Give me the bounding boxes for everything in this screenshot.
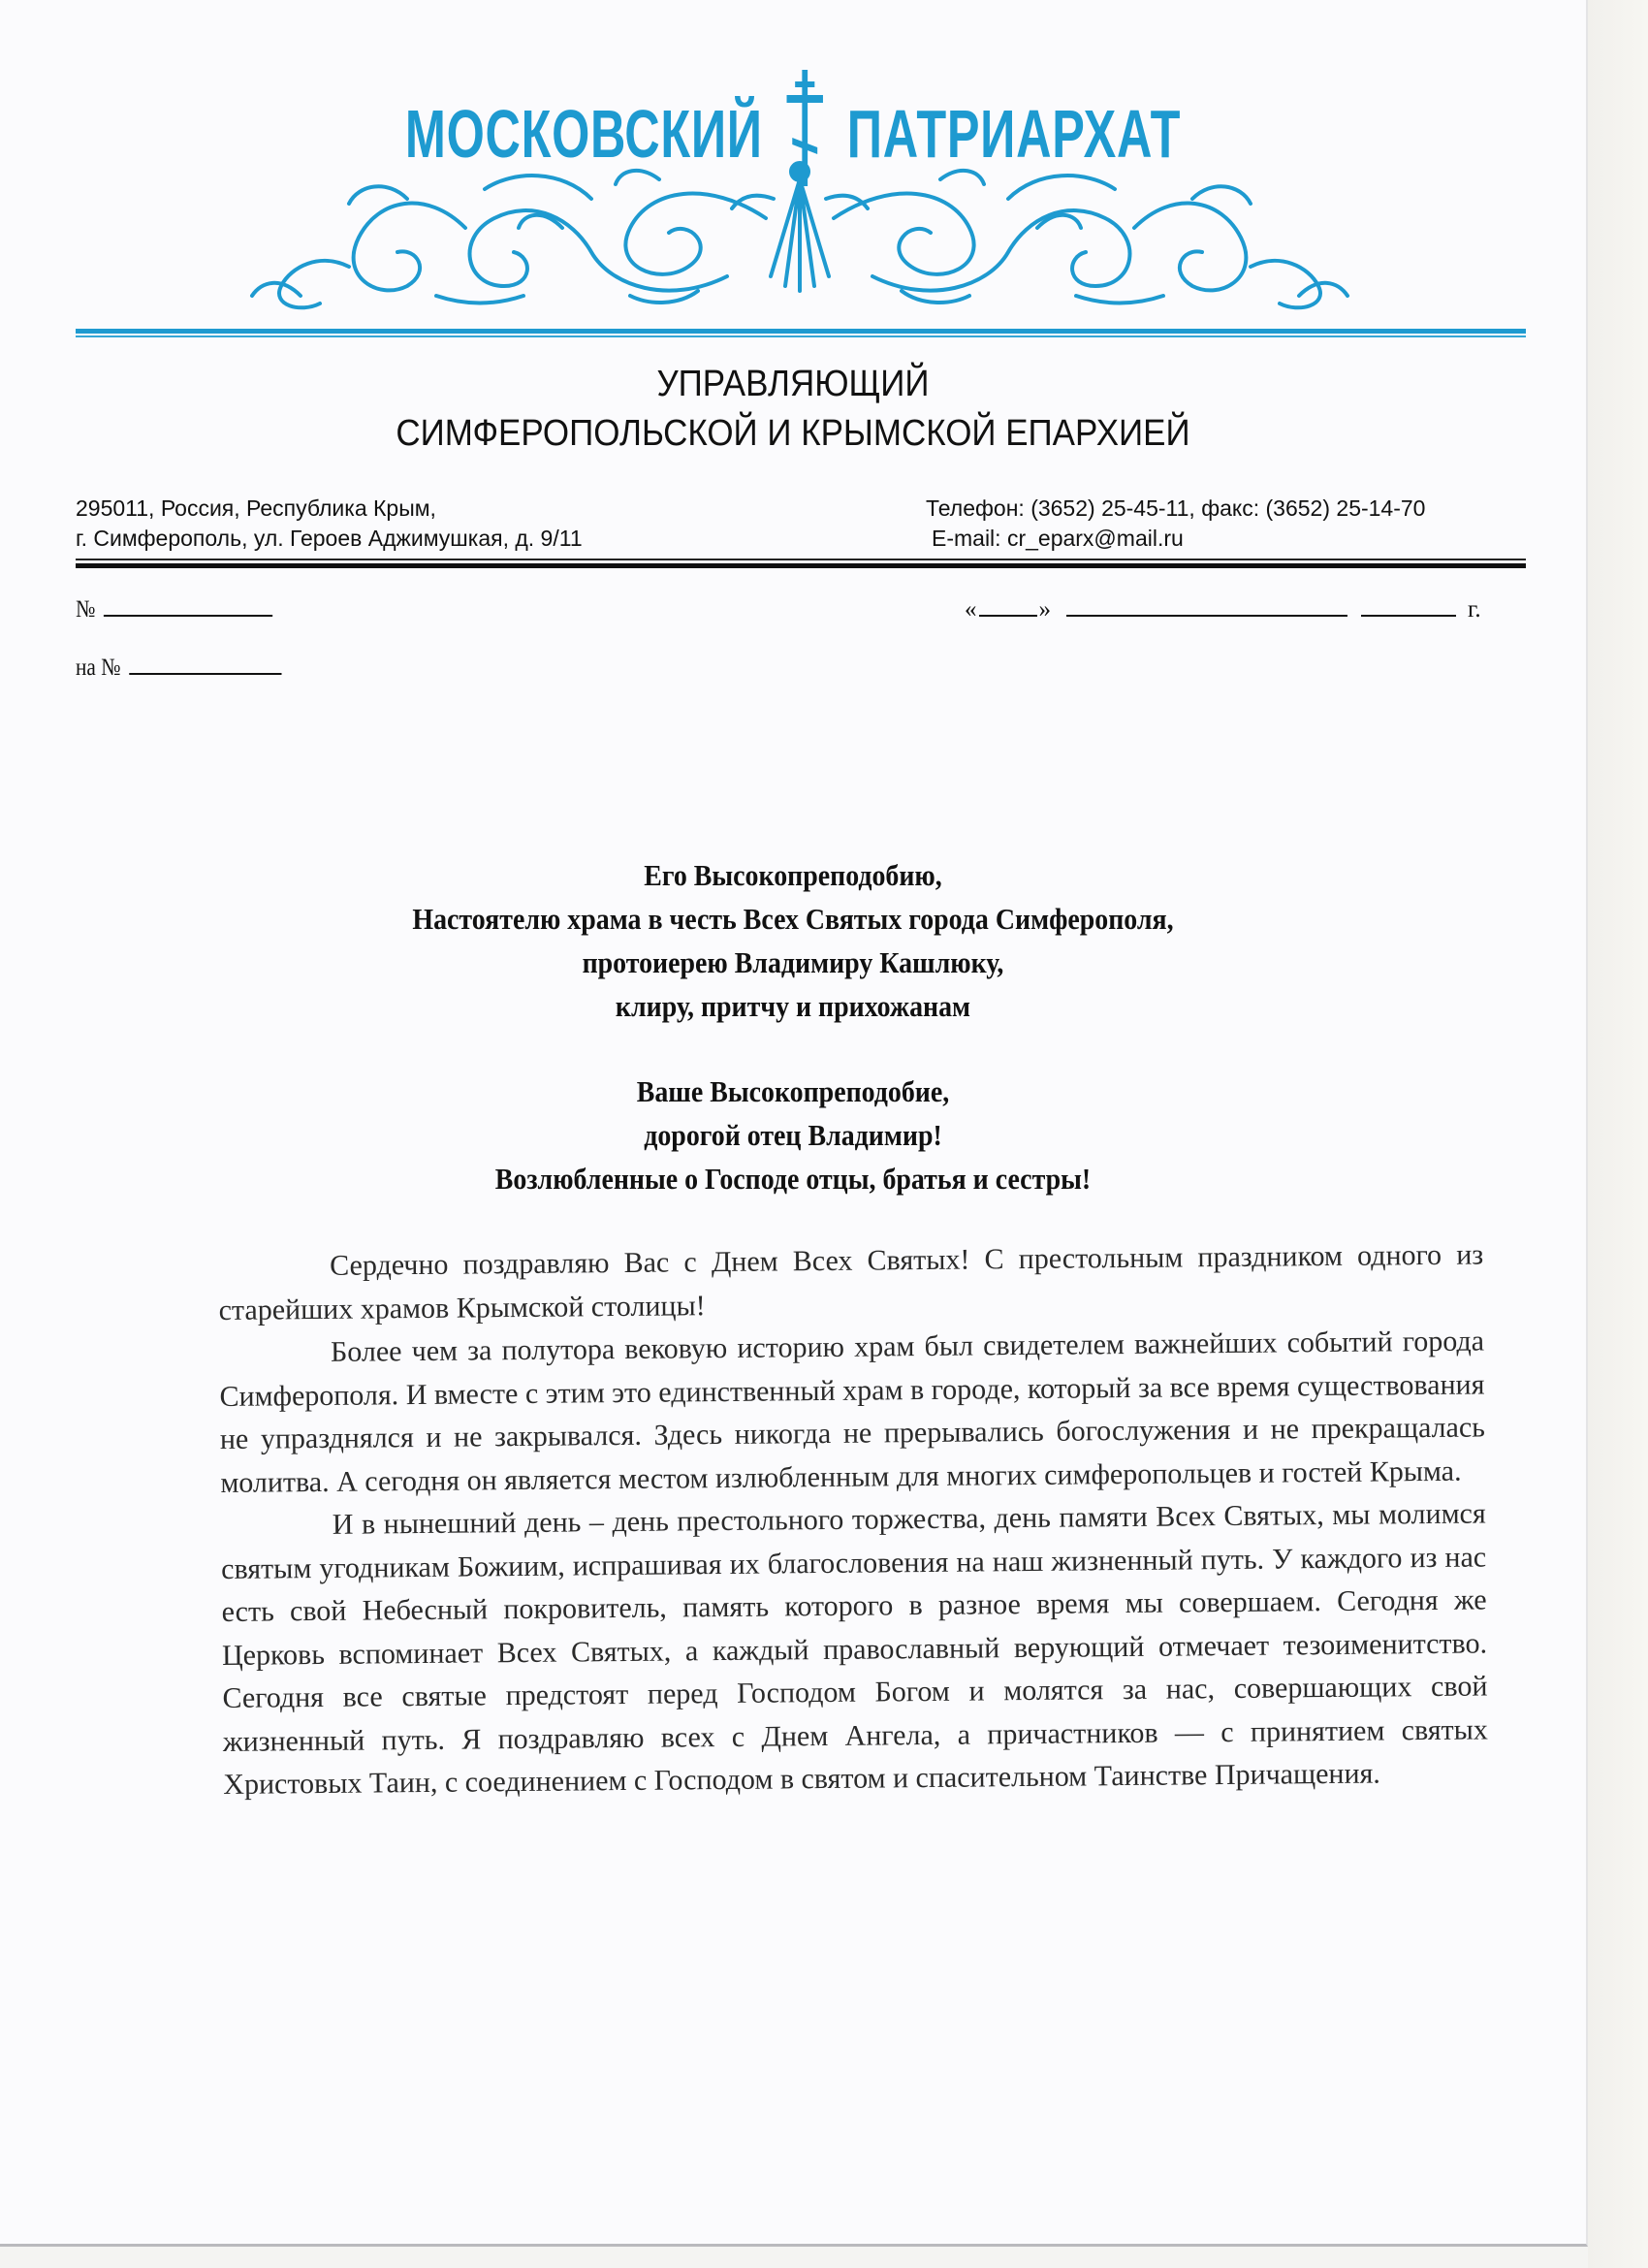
address-line-2: г. Симферополь, ул. Героев Аджимушкая, д… — [76, 524, 583, 554]
date-close-quote: » — [1039, 596, 1052, 623]
postal-address: 295011, Россия, Республика Крым, г. Симф… — [76, 494, 583, 554]
contact-info: Телефон: (3652) 25-45-11, факс: (3652) 2… — [926, 494, 1425, 554]
letter-body: Сердечно поздравляю Вас с Днем Всех Свят… — [218, 1233, 1488, 1806]
header-rule-thin — [76, 335, 1526, 337]
brand-word-left: МОСКОВСКИЙ — [405, 100, 763, 168]
reply-label: на № — [76, 655, 120, 681]
date-open-quote: « — [965, 596, 977, 623]
letter-page: МОСКОВСКИЙ ПАТРИАРХАТ — [0, 0, 1588, 2247]
body-paragraph: Более чем за полутора вековую историю хр… — [219, 1320, 1486, 1505]
contact-rule-thin — [76, 559, 1526, 560]
month-blank — [1066, 597, 1347, 617]
phone-fax: Телефон: (3652) 25-45-11, факс: (3652) 2… — [926, 494, 1425, 524]
letterhead: МОСКОВСКИЙ ПАТРИАРХАТ — [0, 0, 1586, 320]
floral-ornament-icon — [242, 160, 1357, 315]
addressee-line: протоиерею Владимиру Кашлюку, — [79, 941, 1506, 984]
contact-rule-thick — [76, 563, 1526, 568]
addressee-block: Его Высокопреподобию, Настоятелю храма в… — [0, 853, 1586, 1028]
scan-margin — [1588, 0, 1648, 2268]
year-blank — [1361, 597, 1456, 617]
year-suffix: г. — [1468, 596, 1481, 623]
outgoing-number-field: № — [76, 596, 272, 623]
body-paragraph: И в нынешний день – день престольного то… — [221, 1492, 1489, 1806]
salutation-line: Ваше Высокопреподобие, — [79, 1070, 1506, 1113]
reply-blank — [129, 655, 281, 675]
body-paragraph: Сердечно поздравляю Вас с Днем Всех Свят… — [218, 1233, 1484, 1332]
reference-number-field: на № — [76, 655, 281, 682]
addressee-line: Настоятелю храма в честь Всех Святых гор… — [79, 897, 1506, 941]
date-field: «»г. — [965, 596, 1481, 623]
number-label: № — [76, 596, 95, 623]
office-title-line1: УПРАВЛЯЮЩИЙ — [63, 361, 1522, 407]
email: E-mail: cr_eparx@mail.ru — [926, 524, 1425, 554]
address-line-1: 295011, Россия, Республика Крым, — [76, 494, 583, 524]
office-title-line2: СИМФЕРОПОЛЬСКОЙ И КРЫМСКОЙ ЕПАРХИЕЙ — [63, 410, 1522, 457]
salutation-line: дорогой отец Владимир! — [79, 1113, 1506, 1157]
day-blank — [979, 597, 1037, 617]
number-blank — [104, 597, 272, 617]
salutation-line: Возлюбленные о Господе отцы, братья и се… — [79, 1157, 1506, 1200]
addressee-line: клиру, притчу и прихожанам — [79, 984, 1506, 1028]
addressee-line: Его Высокопреподобию, — [79, 853, 1506, 897]
header-rule-thick — [76, 329, 1526, 334]
salutation-block: Ваше Высокопреподобие, дорогой отец Влад… — [0, 1070, 1586, 1200]
brand-word-right: ПАТРИАРХАТ — [847, 100, 1181, 168]
